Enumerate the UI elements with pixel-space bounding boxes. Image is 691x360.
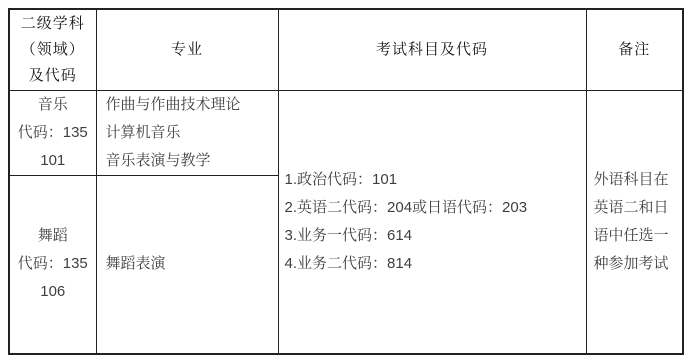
discipline-code-suffix: 106	[10, 278, 96, 306]
discipline-name: 音乐	[10, 91, 96, 119]
cell-dance-discipline: 舞蹈 代码：135 106	[9, 175, 96, 354]
exam-subject-item: 2.英语二代码：204或日语代码：203	[285, 194, 582, 222]
header-row: 二级学科 （领域） 及代码 专业 考试科目及代码 备注	[9, 9, 683, 90]
discipline-code-label: 代码：135	[10, 119, 96, 147]
header-major: 专业	[96, 9, 278, 90]
exam-subject-item: 4.业务二代码：814	[285, 250, 582, 278]
discipline-code-suffix: 101	[10, 147, 96, 175]
header-discipline-line-3: 及代码	[10, 63, 96, 89]
discipline-name: 舞蹈	[10, 222, 96, 250]
header-discipline-line-1: 二级学科	[10, 11, 96, 37]
header-exam-subjects: 考试科目及代码	[278, 9, 586, 90]
cell-dance-major: 舞蹈表演	[96, 175, 278, 354]
major-item: 舞蹈表演	[106, 250, 274, 278]
exam-subject-item: 3.业务一代码：614	[285, 222, 582, 250]
cell-remarks: 外语科目在英语二和日语中任选一种参加考试	[586, 90, 683, 354]
major-item: 作曲与作曲技术理论	[106, 91, 274, 119]
document-page: 二级学科 （领域） 及代码 专业 考试科目及代码 备注 音乐 代码：135 10…	[0, 0, 691, 360]
cell-exam-subjects: 1.政治代码：101 2.英语二代码：204或日语代码：203 3.业务一代码：…	[278, 90, 586, 354]
cell-music-discipline: 音乐 代码：135 101	[9, 90, 96, 175]
header-discipline-code: 二级学科 （领域） 及代码	[9, 9, 96, 90]
header-discipline-line-2: （领域）	[10, 37, 96, 63]
major-item: 音乐表演与教学	[106, 147, 274, 175]
exam-subjects-table: 二级学科 （领域） 及代码 专业 考试科目及代码 备注 音乐 代码：135 10…	[8, 8, 684, 355]
discipline-code-label: 代码：135	[10, 250, 96, 278]
cell-music-majors: 作曲与作曲技术理论 计算机音乐 音乐表演与教学	[96, 90, 278, 175]
exam-subject-item: 1.政治代码：101	[285, 166, 582, 194]
major-item: 计算机音乐	[106, 119, 274, 147]
header-remarks: 备注	[586, 9, 683, 90]
table-row-music: 音乐 代码：135 101 作曲与作曲技术理论 计算机音乐 音乐表演与教学 1.…	[9, 90, 683, 175]
